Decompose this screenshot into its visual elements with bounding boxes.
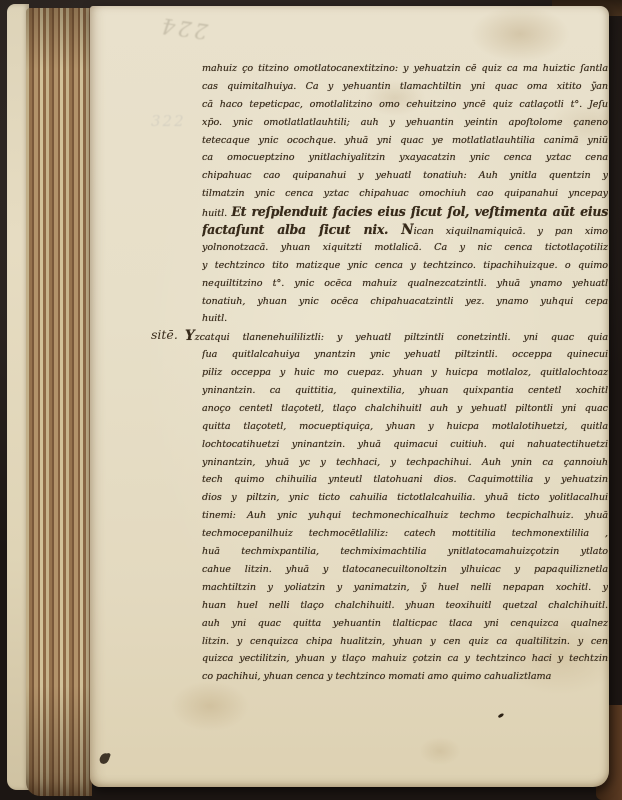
nahuatl-text: ſua quitlalcahuiya ynantzin ynic yehuatl… (202, 349, 608, 360)
bleedthrough-number-faint: 322 (151, 112, 186, 130)
manuscript-line: machtiltzin y yoliatzin y yanimatzin, ỹ … (202, 579, 608, 597)
manuscript-line: tetecaque ynic ocochque. yhuā yni quac y… (202, 132, 608, 150)
manuscript-line: mahuiz ço titzino omotlatocanextitzino: … (202, 60, 608, 78)
margin-note: sitē. (151, 327, 178, 342)
nahuatl-text: huitl. (202, 313, 227, 324)
manuscript-line: lochtocatihuetzi yninantzin. yhuā quimac… (202, 436, 608, 454)
manuscript-line: tonatiuh, yhuan ynic ocēca chipahuacatzi… (202, 293, 608, 311)
manuscript-line: anoço centetl tlaçotetl, tlaço chalchihu… (202, 400, 608, 418)
nahuatl-text: cahue litzin. yhuā y tlatocanecuiltonolt… (202, 564, 608, 575)
manuscript-line: tinemi: Auh ynic yuhqui techmonechicalhu… (202, 507, 608, 525)
manuscript-line: piliz occeppa y huic mo cuepaz. yhuan y … (202, 364, 608, 382)
manuscript-line: nequiltitzino t°. ynic ocēca mahuiz qual… (202, 275, 608, 293)
nahuatl-text: huā techmixpantilia, techmiximachtilia y… (202, 546, 608, 557)
manuscript-line: co pachihui, yhuan cenca y techtzinco mo… (202, 668, 608, 686)
nahuatl-text: piliz occeppa y huic mo cuepaz. yhuan y … (202, 367, 608, 378)
book-fore-edge-stack (26, 8, 92, 796)
nahuatl-text: tonatiuh, yhuan ynic ocēca chipahuacatzi… (202, 296, 608, 307)
nahuatl-text: anoço centetl tlaçotetl, tlaço chalchihu… (202, 403, 608, 414)
nahuatl-text: co pachihui, yhuan cenca y techtzinco mo… (202, 671, 551, 682)
nahuatl-text: cas quimitalhuiya. Ca y yehuantin tlamac… (202, 81, 608, 92)
manuscript-line: dios y piltzin, ynic ticto cahuilia tict… (202, 489, 608, 507)
nahuatl-text: tetecaque ynic ocochque. yhuā yni quac y… (202, 135, 608, 146)
nahuatl-text: huitl. (202, 208, 231, 219)
nahuatl-text: xp̄o. ynic omotlatlatlauhtili; auh y yeh… (202, 117, 608, 128)
nahuatl-text: yninantzin, yhuā yc y techhaci, y techpa… (202, 457, 608, 468)
nahuatl-text: tinemi: Auh ynic yuhqui techmonechicalhu… (202, 510, 608, 521)
manuscript-line: ca omocueptzino ynitlachiyalitzin yxayac… (202, 149, 608, 167)
text-block: mahuiz ço titzino omotlatocanextitzino: … (202, 60, 608, 686)
manuscript-line: quizca yectilitzin, yhuan y tlaço mahuiz… (202, 650, 608, 668)
manuscript-line: litzin. y cenquizca chipa hualitzin, yhu… (202, 633, 608, 651)
manuscript-line: Yzcatqui tlanenehuililiztli: y yehuatl p… (185, 328, 608, 346)
nahuatl-text: zcatqui tlanenehuililiztli: y yehuatl pi… (195, 332, 608, 343)
manuscript-line: yolnonotzacā. yhuan xiquitzti motlalicā.… (202, 239, 608, 257)
nahuatl-text: N (401, 222, 413, 238)
nahuatl-text: tilmatzin ynic cenca yztac chipahuac omo… (202, 188, 608, 199)
manuscript-line: huitl. (202, 310, 608, 328)
nahuatl-text: cā haco tepeticpac, omotlalitzino omo ce… (202, 99, 608, 110)
manuscript-line: factaſunt alba ſicut nix. Nican xiquilna… (202, 221, 608, 239)
latin-text: factaſunt alba ſicut nix. (202, 222, 401, 237)
manuscript-line: auh yni quac quitta yehuantin tlalticpac… (202, 615, 608, 633)
nahuatl-text: quitta tlaçotetl, mocueptiquiça, yhuan y… (202, 421, 608, 432)
nahuatl-text: techmocepanilhuiz techmocētlaliliz: cate… (202, 528, 608, 539)
manuscript-line: huan huel nelli tlaço chalchihuitl. yhua… (202, 597, 608, 615)
nahuatl-text: Y (185, 328, 195, 344)
nahuatl-text: quizca yectilitzin, yhuan y tlaço mahuiz… (202, 653, 608, 664)
manuscript-line: cahue litzin. yhuā y tlatocanecuiltonolt… (202, 561, 608, 579)
manuscript-line: tech quimo chihuilia ynteutl tlatohuani … (202, 471, 608, 489)
nahuatl-text: y techtzinco tito matizque ynic cenca y … (202, 260, 608, 271)
nahuatl-text: tech quimo chihuilia ynteutl tlatohuani … (202, 474, 608, 485)
manuscript-line: quitta tlaçotetl, mocueptiquiça, yhuan y… (202, 418, 608, 436)
manuscript-line: yninantzin, yhuā yc y techhaci, y techpa… (202, 454, 608, 472)
nahuatl-text: machtiltzin y yoliatzin y yanimatzin, ỹ … (202, 582, 608, 593)
manuscript-line: huā techmixpantilia, techmiximachtilia y… (202, 543, 608, 561)
nahuatl-text: auh yni quac quitta yehuantin tlalticpac… (202, 618, 608, 629)
manuscript-line: techmocepanilhuiz techmocētlaliliz: cate… (202, 525, 608, 543)
nahuatl-text: chipahuac cao quipanahui y yehuatl tonat… (202, 170, 608, 181)
manuscript-line: y techtzinco tito matizque ynic cenca y … (202, 257, 608, 275)
manuscript-line: yninantzin. ca quittitia, quinextilia, y… (202, 382, 608, 400)
manuscript-line: cas quimitalhuiya. Ca y yehuantin tlamac… (202, 78, 608, 96)
nahuatl-text: yninantzin. ca quittitia, quinextilia, y… (202, 385, 608, 396)
nahuatl-text: dios y piltzin, ynic ticto cahuilia tict… (202, 492, 608, 503)
manuscript-line: tilmatzin ynic cenca yztac chipahuac omo… (202, 185, 608, 203)
manuscript-line: ſua quitlalcahuiya ynantzin ynic yehuatl… (202, 346, 608, 364)
nahuatl-text: nequiltitzino t°. ynic ocēca mahuiz qual… (202, 278, 608, 289)
latin-text: Et reſplenduit facies eius ſicut ſol, ve… (231, 204, 608, 219)
nahuatl-text: huan huel nelli tlaço chalchihuitl. yhua… (202, 600, 608, 611)
nahuatl-text: ican xiquilnamiquicā. y pan ximo (414, 226, 608, 237)
manuscript-line: chipahuac cao quipanahui y yehuatl tonat… (202, 167, 608, 185)
nahuatl-text: mahuiz ço titzino omotlatocanextitzino: … (202, 63, 608, 74)
manuscript-line: huitl. Et reſplenduit facies eius ſicut … (202, 203, 608, 221)
manuscript-line: cā haco tepeticpac, omotlalitzino omo ce… (202, 96, 608, 114)
manuscript-line: xp̄o. ynic omotlatlatlauhtili; auh y yeh… (202, 114, 608, 132)
nahuatl-text: yolnonotzacā. yhuan xiquitzti motlalicā.… (202, 242, 608, 253)
nahuatl-text: lochtocatihuetzi yninantzin. yhuā quimac… (202, 439, 608, 450)
nahuatl-text: litzin. y cenquizca chipa hualitzin, yhu… (202, 636, 608, 647)
nahuatl-text: ca omocueptzino ynitlachiyalitzin yxayac… (202, 152, 608, 163)
photo-background: 224 322 sitē. mahuiz ço titzino omotlato… (0, 0, 622, 800)
